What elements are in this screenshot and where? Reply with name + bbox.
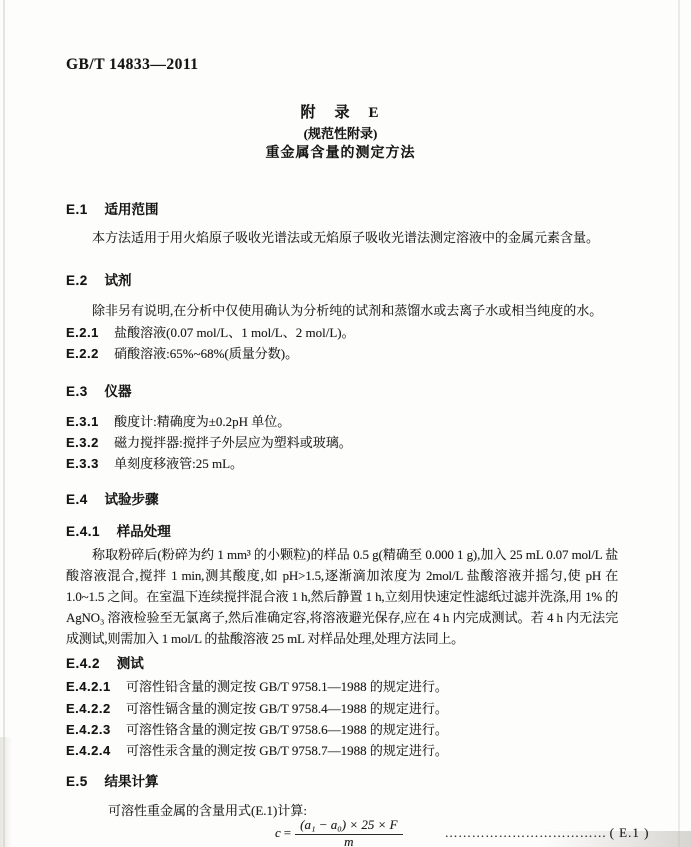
clause-number: E.4.2.2	[66, 701, 111, 716]
clause-line-e33: E.3.3 单刻度移液管:25 mL。	[66, 453, 243, 472]
clause-number: E.3.2	[66, 435, 99, 450]
clause-title: 仪器	[105, 384, 132, 399]
section-heading-e42: E.4.2 测试	[66, 652, 144, 672]
section-heading-e3: E.3 仪器	[66, 380, 132, 400]
clause-title: 试验步骤	[105, 492, 159, 507]
appendix-title: 附 录 E	[66, 103, 615, 124]
scan-edge-left-line	[3, 0, 5, 847]
scan-edge-right-line	[678, 0, 680, 847]
clause-title: 样品处理	[117, 524, 171, 539]
clause-line-e421: E.4.2.1 可溶性铅含量的测定按 GB/T 9758.1—1988 的规定进…	[66, 676, 448, 695]
clause-number: E.4	[66, 492, 88, 507]
section-heading-e2: E.2 试剂	[66, 269, 132, 289]
appendix-topic: 重金属含量的测定方法	[66, 144, 615, 164]
clause-line-e423: E.4.2.3 可溶性铬含量的测定按 GB/T 9758.6—1988 的规定进…	[66, 719, 448, 738]
clause-line-e32: E.3.2 磁力搅拌器:搅拌子外层应为塑料或玻璃。	[66, 432, 352, 451]
formula-denominator: m	[344, 835, 353, 847]
clause-number: E.2.1	[66, 325, 99, 340]
clause-title: 试剂	[105, 273, 132, 288]
appendix-title-block: 附 录 E (规范性附录) 重金属含量的测定方法	[66, 103, 615, 164]
section-heading-e41: E.4.1 样品处理	[66, 520, 171, 540]
clause-title: 适用范围	[105, 202, 159, 217]
paragraph-e41: 称取粉碎后(粉碎为约 1 mm³ 的小颗粒)的样品 0.5 g(精确至 0.00…	[66, 544, 618, 649]
clause-number: E.1	[66, 202, 88, 217]
section-heading-e4: E.4 试验步骤	[66, 488, 159, 508]
document-page: GB/T 14833—2011 附 录 E (规范性附录) 重金属含量的测定方法…	[0, 0, 691, 847]
clause-text: 可溶性铅含量的测定按 GB/T 9758.1—1988 的规定进行。	[126, 679, 448, 694]
paragraph-e2: 除非另有说明,在分析中仅使用确认为分析纯的试剂和蒸馏水或去离子水或相当纯度的水。	[92, 300, 602, 321]
clause-number: E.2	[66, 273, 88, 288]
formula-dot-leader: ………………………………	[445, 825, 607, 841]
section-heading-e5: E.5 结果计算	[66, 770, 159, 790]
clause-number: E.4.2.1	[66, 679, 111, 694]
clause-text: 磁力搅拌器:搅拌子外层应为塑料或玻璃。	[114, 435, 352, 450]
clause-text: 酸度计:精确度为±0.2pH 单位。	[114, 414, 290, 429]
clause-number: E.4.1	[66, 524, 100, 539]
clause-title: 结果计算	[105, 774, 159, 789]
clause-number: E.4.2.3	[66, 722, 111, 737]
formula-equals: =	[284, 825, 291, 841]
clause-line-e21: E.2.1 盐酸溶液(0.07 mol/L、1 mol/L、2 mol/L)。	[66, 322, 355, 341]
clause-line-e22: E.2.2 硝酸溶液:65%~68%(质量分数)。	[66, 343, 298, 362]
formula-e1: c = (a₁ − a₀) × 25 × F m ……………………………… ( …	[275, 817, 649, 847]
clause-text: 盐酸溶液(0.07 mol/L、1 mol/L、2 mol/L)。	[114, 325, 355, 340]
clause-line-e31: E.3.1 酸度计:精确度为±0.2pH 单位。	[66, 411, 290, 430]
clause-text: 可溶性铬含量的测定按 GB/T 9758.6—1988 的规定进行。	[126, 722, 448, 737]
clause-text: 可溶性汞含量的测定按 GB/T 9758.7—1988 的规定进行。	[126, 743, 448, 758]
clause-text: 单刻度移液管:25 mL。	[114, 456, 243, 471]
appendix-subtitle: (规范性附录)	[66, 124, 615, 144]
scan-smudge-bottom-left	[0, 737, 12, 847]
clause-number: E.2.2	[66, 346, 99, 361]
section-heading-e1: E.1 适用范围	[66, 198, 159, 218]
clause-text: 可溶性镉含量的测定按 GB/T 9758.4—1988 的规定进行。	[126, 701, 448, 716]
formula-lhs: c	[275, 825, 281, 841]
formula-numerator: (a₁ − a₀) × 25 × F	[295, 817, 402, 835]
clause-number: E.5	[66, 774, 88, 789]
clause-number: E.4.2	[66, 656, 100, 671]
clause-text: 硝酸溶液:65%~68%(质量分数)。	[114, 346, 298, 361]
paragraph-e1: 本方法适用于用火焰原子吸收光谱法或无焰原子吸收光谱法测定溶液中的金属元素含量。	[92, 227, 599, 248]
formula-equation-label: ( E.1 )	[610, 825, 650, 841]
clause-line-e424: E.4.2.4 可溶性汞含量的测定按 GB/T 9758.7—1988 的规定进…	[66, 740, 448, 759]
formula-fraction: (a₁ − a₀) × 25 × F m	[295, 817, 402, 847]
clause-number: E.3	[66, 384, 88, 399]
standard-number: GB/T 14833—2011	[66, 56, 199, 74]
clause-line-e422: E.4.2.2 可溶性镉含量的测定按 GB/T 9758.4—1988 的规定进…	[66, 698, 448, 717]
clause-number: E.3.1	[66, 414, 99, 429]
clause-number: E.3.3	[66, 456, 99, 471]
clause-number: E.4.2.4	[66, 743, 111, 758]
clause-title: 测试	[117, 656, 144, 671]
